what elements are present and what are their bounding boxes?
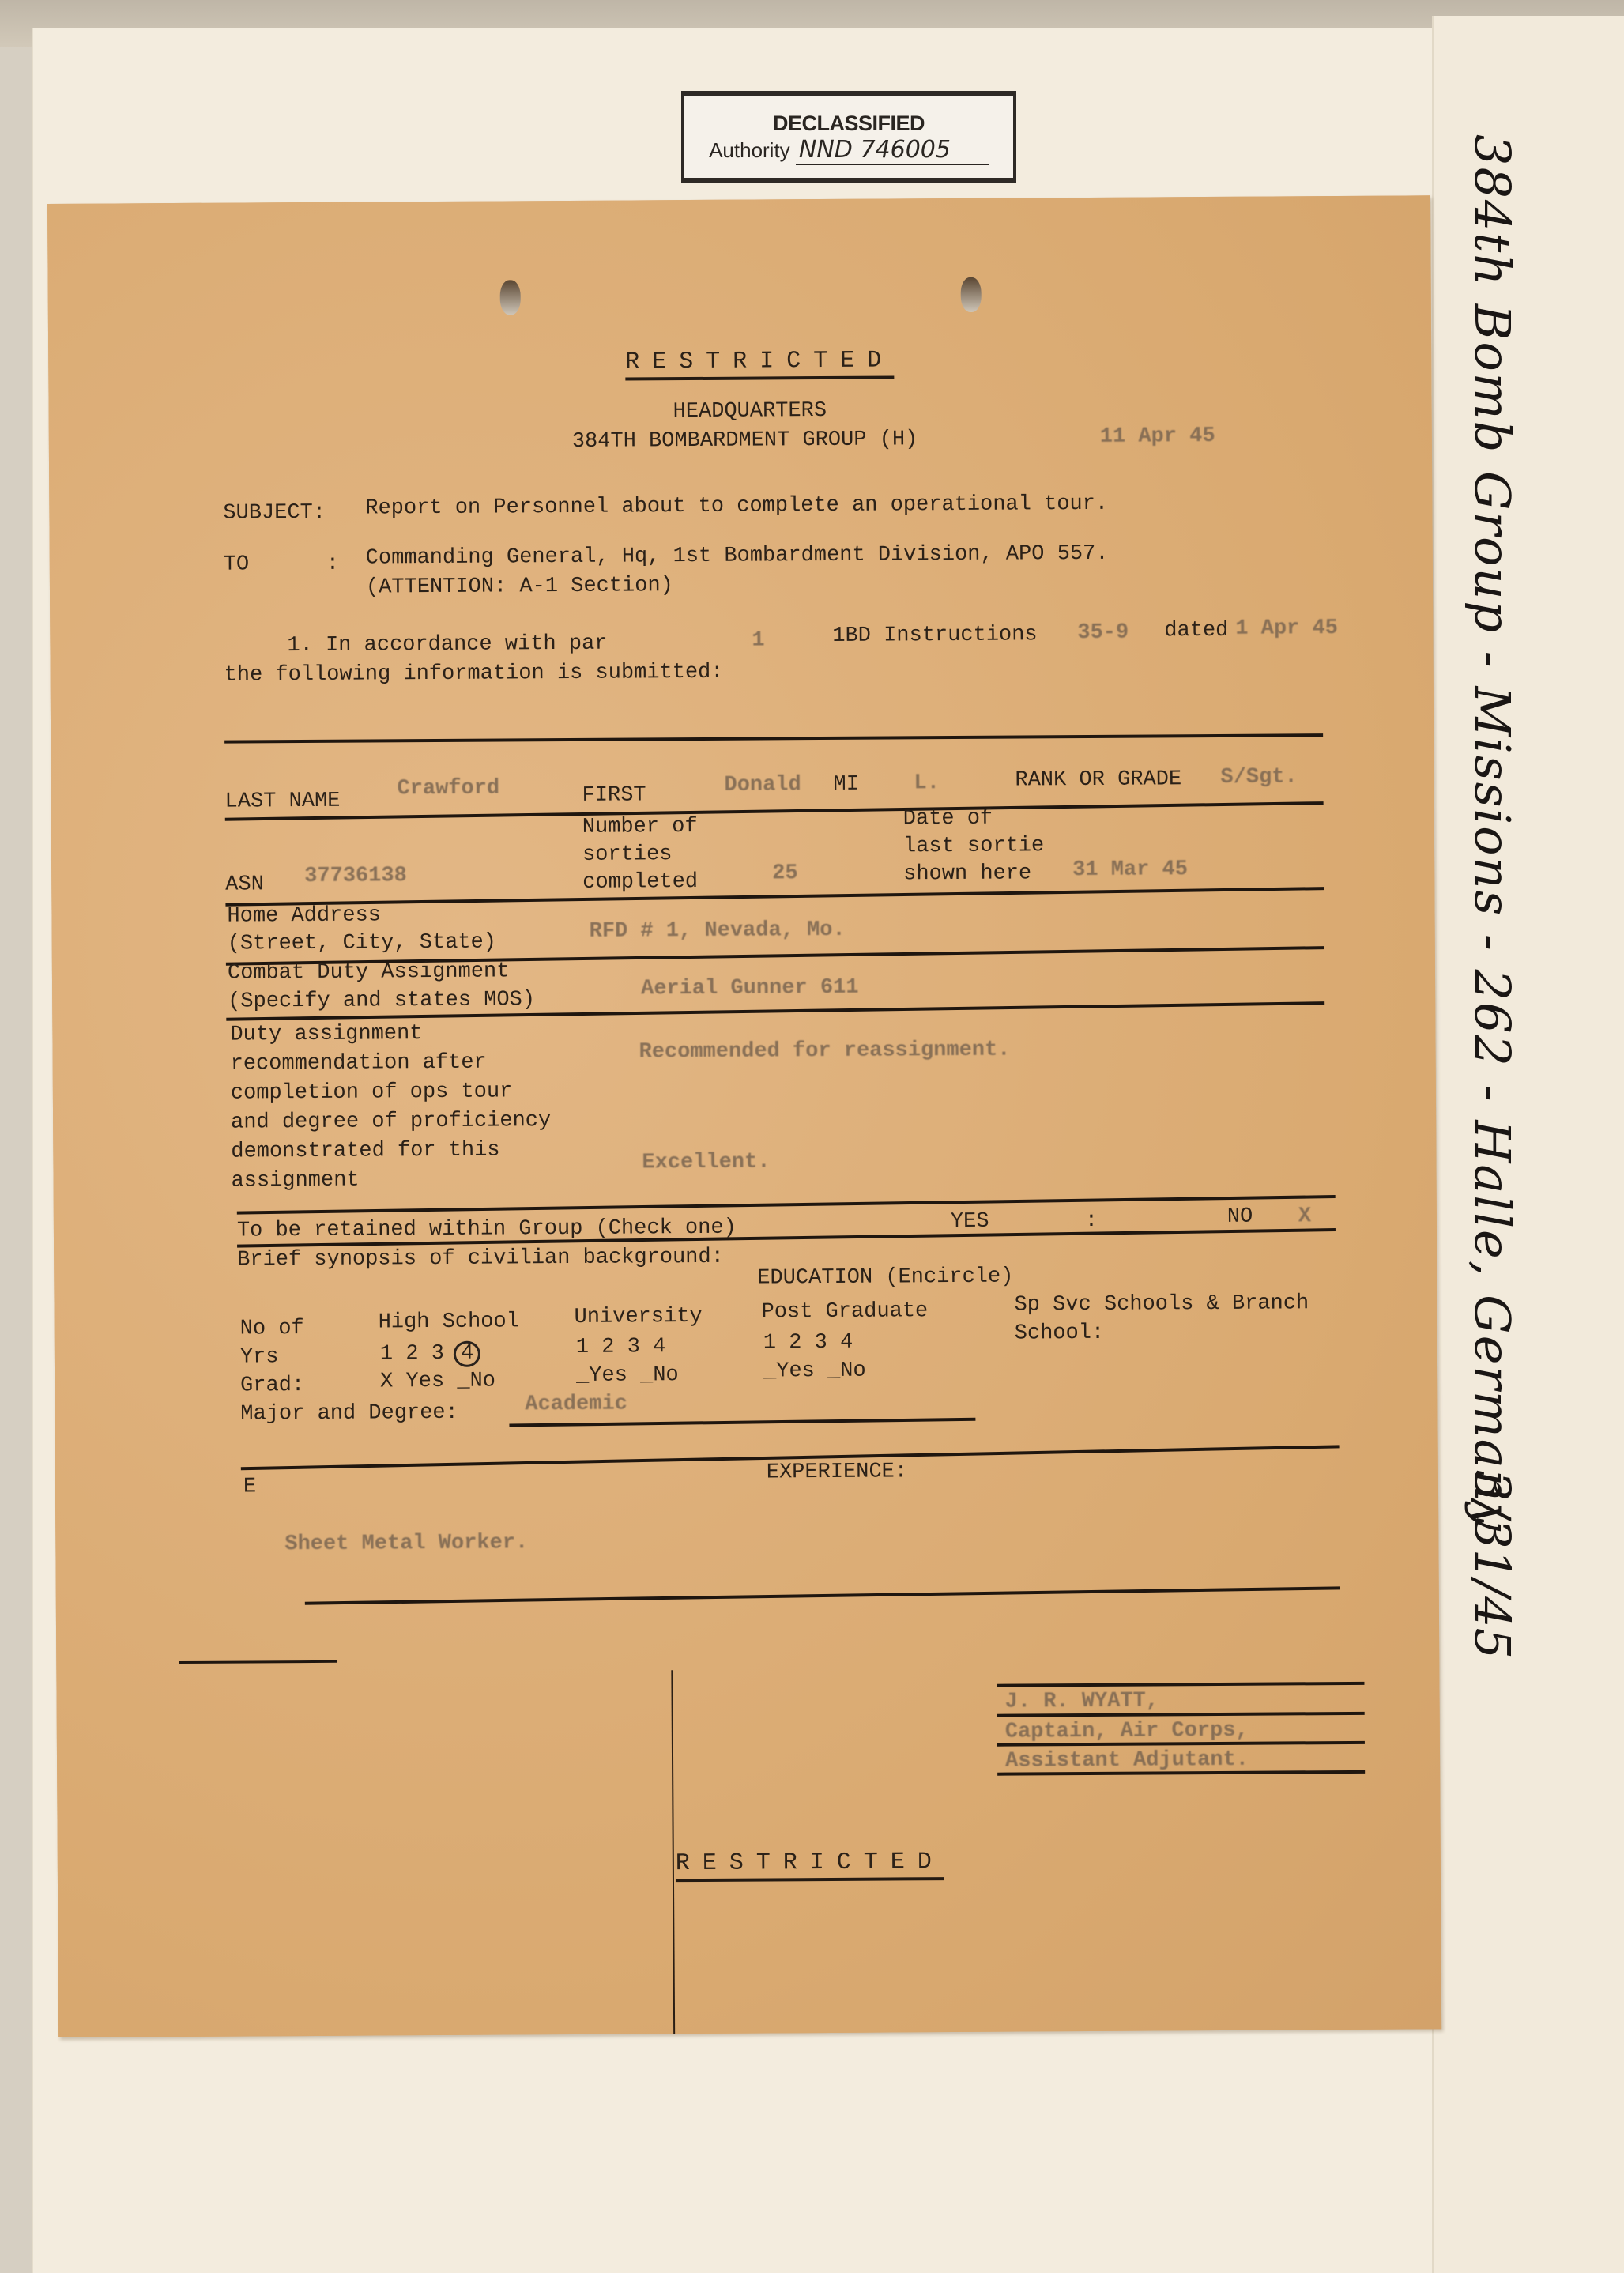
duty-label-block: Duty assignment recommendation after com… (230, 1019, 551, 1196)
para1-start: 1. In accordance with par (287, 634, 607, 657)
mi-label: MI (833, 775, 859, 796)
paper-crease (671, 1670, 675, 2034)
para1-line2: the following information is submitted: (224, 662, 724, 687)
rank-label: RANK OR GRADE (1015, 769, 1181, 791)
duty-label-line: assignment (231, 1165, 551, 1196)
handwritten-margin-note: 384th Bomb Group - Missions - 262 - Hall… (1464, 134, 1521, 1532)
sorties-label-1: Number of (582, 816, 698, 839)
attention-text: (ATTENTION: A-1 Section) (366, 575, 673, 598)
asn-label: ASN (225, 874, 264, 895)
rule (509, 1418, 975, 1427)
punch-hole-left (500, 280, 521, 315)
rank-value: S/Sgt. (1220, 767, 1297, 789)
university-label: University (575, 1306, 703, 1329)
to-colon: : (326, 554, 339, 575)
duty-recommendation-value: Recommended for reassignment. (639, 1040, 1010, 1064)
declassified-stamp: DECLASSIFIED Authority NND 746005 (681, 91, 1016, 183)
header-hq: HEADQUARTERS (673, 401, 827, 423)
rule (224, 733, 1323, 743)
retained-no-mark[interactable]: X (1298, 1206, 1311, 1227)
last-sortie-label-3: shown here (903, 863, 1031, 885)
signature-name: J. R. WYATT, (1005, 1691, 1159, 1713)
education-label: EDUCATION (Encircle) (757, 1267, 1013, 1290)
home-label-2: (Street, City, State) (228, 933, 496, 956)
sorties-label-2: sorties (582, 844, 673, 866)
post-graduate-years: 1 2 3 4 (763, 1333, 853, 1355)
retained-no-label: NO (1227, 1207, 1253, 1228)
header-unit: 384TH BOMBARDMENT GROUP (H) (572, 429, 918, 453)
para1-dated: dated (1164, 620, 1228, 642)
combat-duty-value: Aerial Gunner 611 (641, 978, 859, 1001)
to-label: TO (224, 554, 250, 575)
rule (237, 1195, 1336, 1215)
stamp-authority-label: Authority (709, 138, 790, 162)
major-degree-label: Major and Degree: (240, 1403, 458, 1426)
first-label: FIRST (582, 785, 646, 806)
post-graduate-grad: _Yes _No (763, 1361, 866, 1383)
signature-rank: Captain, Air Corps, (1005, 1721, 1249, 1743)
combat-label-2: (Specify and states MOS) (228, 989, 535, 1012)
to-text: Commanding General, Hq, 1st Bombardment … (366, 544, 1109, 570)
signature-title: Assistant Adjutant. (1005, 1750, 1249, 1773)
home-address-value: RFD # 1, Nevada, Mo. (590, 920, 846, 943)
rule (225, 887, 1324, 907)
duty-label-line: completion of ops tour (231, 1077, 551, 1108)
para1-instruction-number: 35-9 (1077, 623, 1129, 644)
rule (225, 801, 1324, 821)
asn-value: 37736138 (304, 865, 407, 888)
mi-value: L. (914, 773, 940, 794)
sp-svc-label-1: Sp Svc Schools & Branch (1014, 1293, 1309, 1316)
university-grad: _Yes _No (576, 1365, 679, 1387)
last-name-value: Crawford (397, 778, 499, 801)
high-school-years-options: 1 2 3 (380, 1342, 444, 1366)
rule (305, 1586, 1340, 1604)
punch-hole-right (961, 277, 982, 312)
duty-label-line: demonstrated for this (231, 1136, 551, 1167)
duty-label-line: Duty assignment (230, 1019, 550, 1050)
classification-bottom: RESTRICTED (676, 1850, 944, 1882)
document-date: 11 Apr 45 (1100, 426, 1215, 448)
handwritten-margin-date: 3/31/45 (1464, 1470, 1521, 1659)
e-label: E (243, 1476, 256, 1498)
sorties-value: 25 (772, 863, 798, 884)
para1-instructions: 1BD Instructions (832, 624, 1037, 647)
para1-par-number: 1 (752, 630, 764, 651)
no-of-label: No of (240, 1318, 304, 1340)
last-sortie-label-1: Date of (903, 809, 993, 831)
yrs-label: Yrs (240, 1347, 279, 1368)
last-name-label: LAST NAME (225, 791, 341, 813)
personnel-report-page: RESTRICTED HEADQUARTERS 384TH BOMBARDMEN… (47, 195, 1441, 2037)
first-value: Donald (724, 775, 801, 797)
rule (997, 1682, 1364, 1687)
rule (179, 1660, 337, 1664)
grad-label: Grad: (240, 1375, 304, 1397)
sp-svc-label-2: School: (1015, 1323, 1105, 1345)
high-school-label: High School (379, 1311, 519, 1333)
proficiency-value: Excellent. (642, 1152, 770, 1174)
duty-label-line: and degree of proficiency (231, 1106, 551, 1137)
last-sortie-value: 31 Mar 45 (1072, 859, 1188, 881)
high-school-years: 1 2 3 4 (380, 1341, 481, 1368)
subject-label: SUBJECT: (223, 503, 326, 525)
civilian-background-label: Brief synopsis of civilian background: (237, 1247, 724, 1272)
duty-label-line: recommendation after (231, 1048, 551, 1079)
combat-label-1: Combat Duty Assignment (228, 961, 510, 984)
retained-yes-separator: : (1085, 1211, 1098, 1232)
last-sortie-label-2: last sortie (903, 835, 1044, 858)
home-label-1: Home Address (227, 905, 381, 927)
post-graduate-label: Post Graduate (762, 1301, 929, 1323)
university-years: 1 2 3 4 (576, 1336, 666, 1359)
sorties-label-3: completed (582, 872, 698, 894)
subject-text: Report on Personnel about to complete an… (365, 494, 1108, 520)
experience-label: EXPERIENCE: (767, 1461, 907, 1483)
high-school-grad: X Yes _No (380, 1371, 495, 1393)
classification-top: RESTRICTED (625, 349, 894, 380)
retained-yes-label: YES (951, 1212, 989, 1233)
experience-value: Sheet Metal Worker. (284, 1532, 528, 1555)
folder-flap (1432, 16, 1624, 2273)
major-degree-value: Academic (525, 1394, 627, 1416)
para1-date: 1 Apr 45 (1235, 618, 1338, 640)
stamp-title: DECLASSIFIED (684, 111, 1013, 136)
high-school-years-circled[interactable]: 4 (454, 1341, 480, 1367)
stamp-authority-value: NND 746005 (796, 136, 989, 165)
